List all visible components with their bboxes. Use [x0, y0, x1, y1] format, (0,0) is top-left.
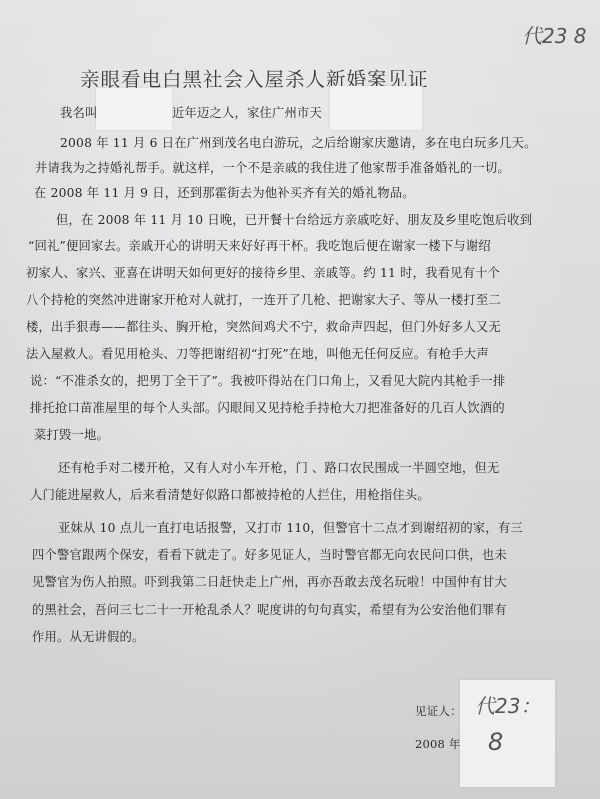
body-line: 但，在 2008 年 11 月 10 日晚，已开餐十台给远方亲戚吃好、朋友及乡里… [56, 210, 532, 228]
body-line: 的黑社会，吾问三七二十一开枪乱杀人？呢度讲的句句真实，希望有为公安治他们罪有 [32, 600, 507, 618]
intro-line-part1: 我名叫 [60, 103, 98, 121]
redaction-sticker-address [330, 86, 422, 130]
body-line: 在 2008 年 11 月 9 日，还到那霍街去为他补买齐有关的婚礼物品。 [34, 183, 415, 201]
body-line: 还有枪手对二楼开枪，又有人对小车开枪，门 、路口农民围成一半圆空地，但无 [58, 458, 500, 476]
body-line: 见警官为伤人拍照。吓到我第二日赶快走上广州，再亦吾敢去茂名玩啦！中国仲有甘大 [32, 572, 507, 590]
body-line: 法入屋救人。看见用枪头、刀等把谢绍初“打死”在地，叫他无任何反应。有枪手大声 [26, 344, 489, 362]
body-line: 亚妹从 10 点儿一直打电话报警，又打市 110，但警官十二点才到谢绍初的家，有… [58, 518, 523, 536]
handwritten-page-code: 代23 8 [522, 20, 587, 49]
body-line: 2008 年 11 月 6 日在广州到茂名电白游玩，之后给谢家庆邀请，多在电白玩… [60, 133, 537, 151]
handwritten-code-line1: 代23： [475, 690, 540, 719]
body-line: 并请我为之持婚礼帮手。就这样，一个不是亲戚的我住进了他家帮手准备婚礼的一切。 [35, 158, 510, 176]
body-line: 菜打毁一地。 [34, 425, 109, 443]
redaction-sticker-name [96, 88, 172, 130]
body-line: 楼，出手狠毒——都往头、胸开枪，突然间鸡犬不宁，救命声四起，但门外好多人又无 [26, 317, 501, 335]
body-line: “回礼”便回家去。亲戚开心的讲明天来好好再干杯。我吃饱后便在谢家一楼下与谢绍 [28, 236, 491, 254]
body-line: 四个警官跟两个保安，看看下就走了。好多见证人，当时警官都无向农民问口供，也未 [32, 545, 507, 563]
intro-line-part2: 近年迈之人，家住广州市天 [172, 103, 322, 121]
handwritten-code-line2: 8 [488, 728, 503, 756]
body-line: 作用。从无讲假的。 [32, 627, 144, 645]
body-line: 排托抢口苗准屋里的每个人头部。闪眼间又见持枪手持枪大刀把准备好的几百人饮酒的 [30, 398, 505, 416]
body-line: 人门能进屋救人，后来看清楚好似路口都被持枪的人拦住，用枪指住头。 [30, 485, 430, 503]
body-line: 八个持枪的突然冲进谢家开枪对人就打，一连开了几枪、把谢家大子、等从一楼打至二 [26, 290, 501, 308]
witness-label: 见证人： [415, 703, 462, 719]
date-label: 2008 年 [415, 736, 461, 752]
body-line: 初家人、家兴、亚喜在讲明天如何更好的接待乡里、亲戚等。约 11 时，我看见有十个 [26, 263, 500, 281]
body-line: 说：“不准杀女的，把男丁全干了”。我被吓得站在门口角上，又看见大院内其枪手一排 [30, 371, 505, 389]
